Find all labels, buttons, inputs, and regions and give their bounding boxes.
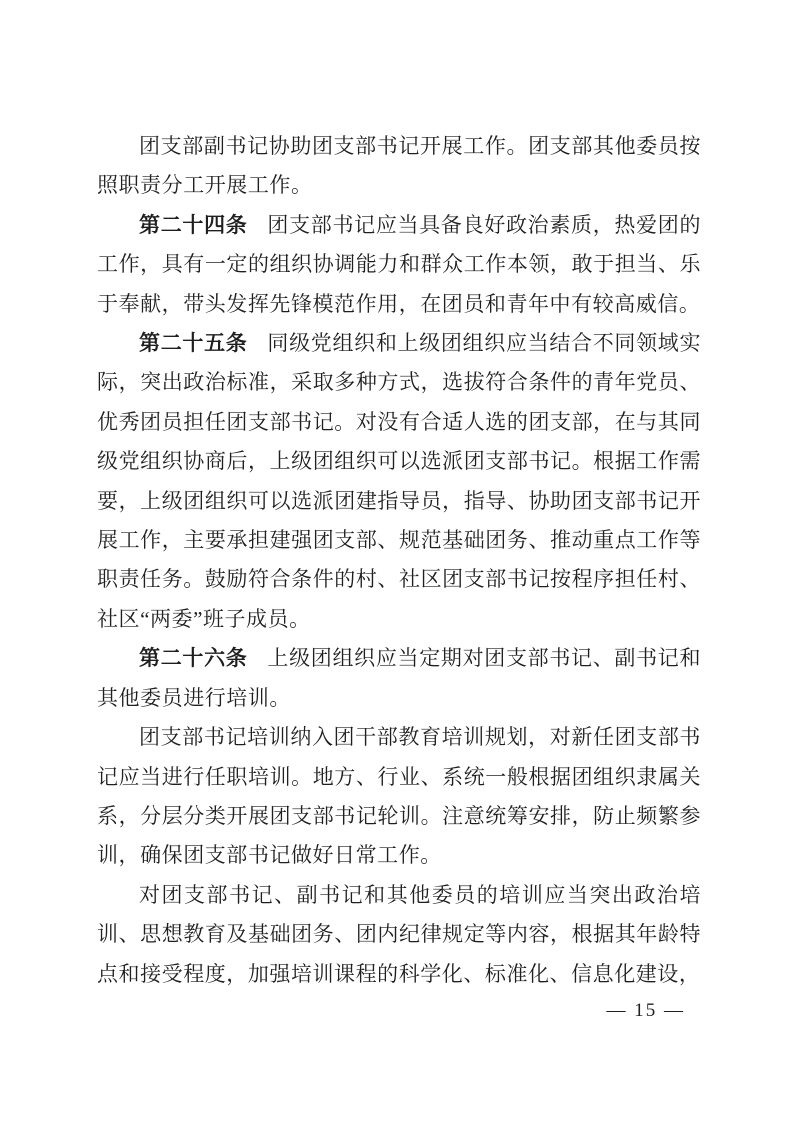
- paragraph-article-24: 第二十四条团支部书记应当具备良好政治素质，热爱团的工作，具有一定的组织协调能力和…: [97, 206, 701, 324]
- article-25-text: 同级党组织和上级团组织应当结合不同领域实际，突出政治标准，采取多种方式，选拔符合…: [97, 331, 701, 631]
- page-number: — 15 —: [607, 1000, 686, 1022]
- article-26-heading: 第二十六条: [139, 646, 247, 670]
- paragraph-deputy-secretary: 团支部副书记协助团支部书记开展工作。团支部其他委员按照职责分工开展工作。: [97, 127, 701, 206]
- article-24-heading: 第二十四条: [139, 213, 247, 237]
- document-page: 团支部副书记协助团支部书记开展工作。团支部其他委员按照职责分工开展工作。 第二十…: [0, 0, 793, 1122]
- paragraph-text: 团支部副书记协助团支部书记开展工作。团支部其他委员按照职责分工开展工作。: [97, 134, 701, 197]
- paragraph-training-content: 对团支部书记、副书记和其他委员的培训应当突出政治培训、思想教育及基础团务、团内纪…: [97, 876, 701, 994]
- paragraph-article-26: 第二十六条上级团组织应当定期对团支部书记、副书记和其他委员进行培训。: [97, 639, 701, 718]
- paragraph-text: 对团支部书记、副书记和其他委员的培训应当突出政治培训、思想教育及基础团务、团内纪…: [97, 883, 701, 986]
- paragraph-training-plan: 团支部书记培训纳入团干部教育培训规划，对新任团支部书记应当进行任职培训。地方、行…: [97, 718, 701, 876]
- paragraph-article-25: 第二十五条同级党组织和上级团组织应当结合不同领域实际，突出政治标准，采取多种方式…: [97, 324, 701, 639]
- document-body: 团支部副书记协助团支部书记开展工作。团支部其他委员按照职责分工开展工作。 第二十…: [97, 127, 701, 994]
- paragraph-text: 团支部书记培训纳入团干部教育培训规划，对新任团支部书记应当进行任职培训。地方、行…: [97, 725, 701, 867]
- article-25-heading: 第二十五条: [139, 331, 247, 355]
